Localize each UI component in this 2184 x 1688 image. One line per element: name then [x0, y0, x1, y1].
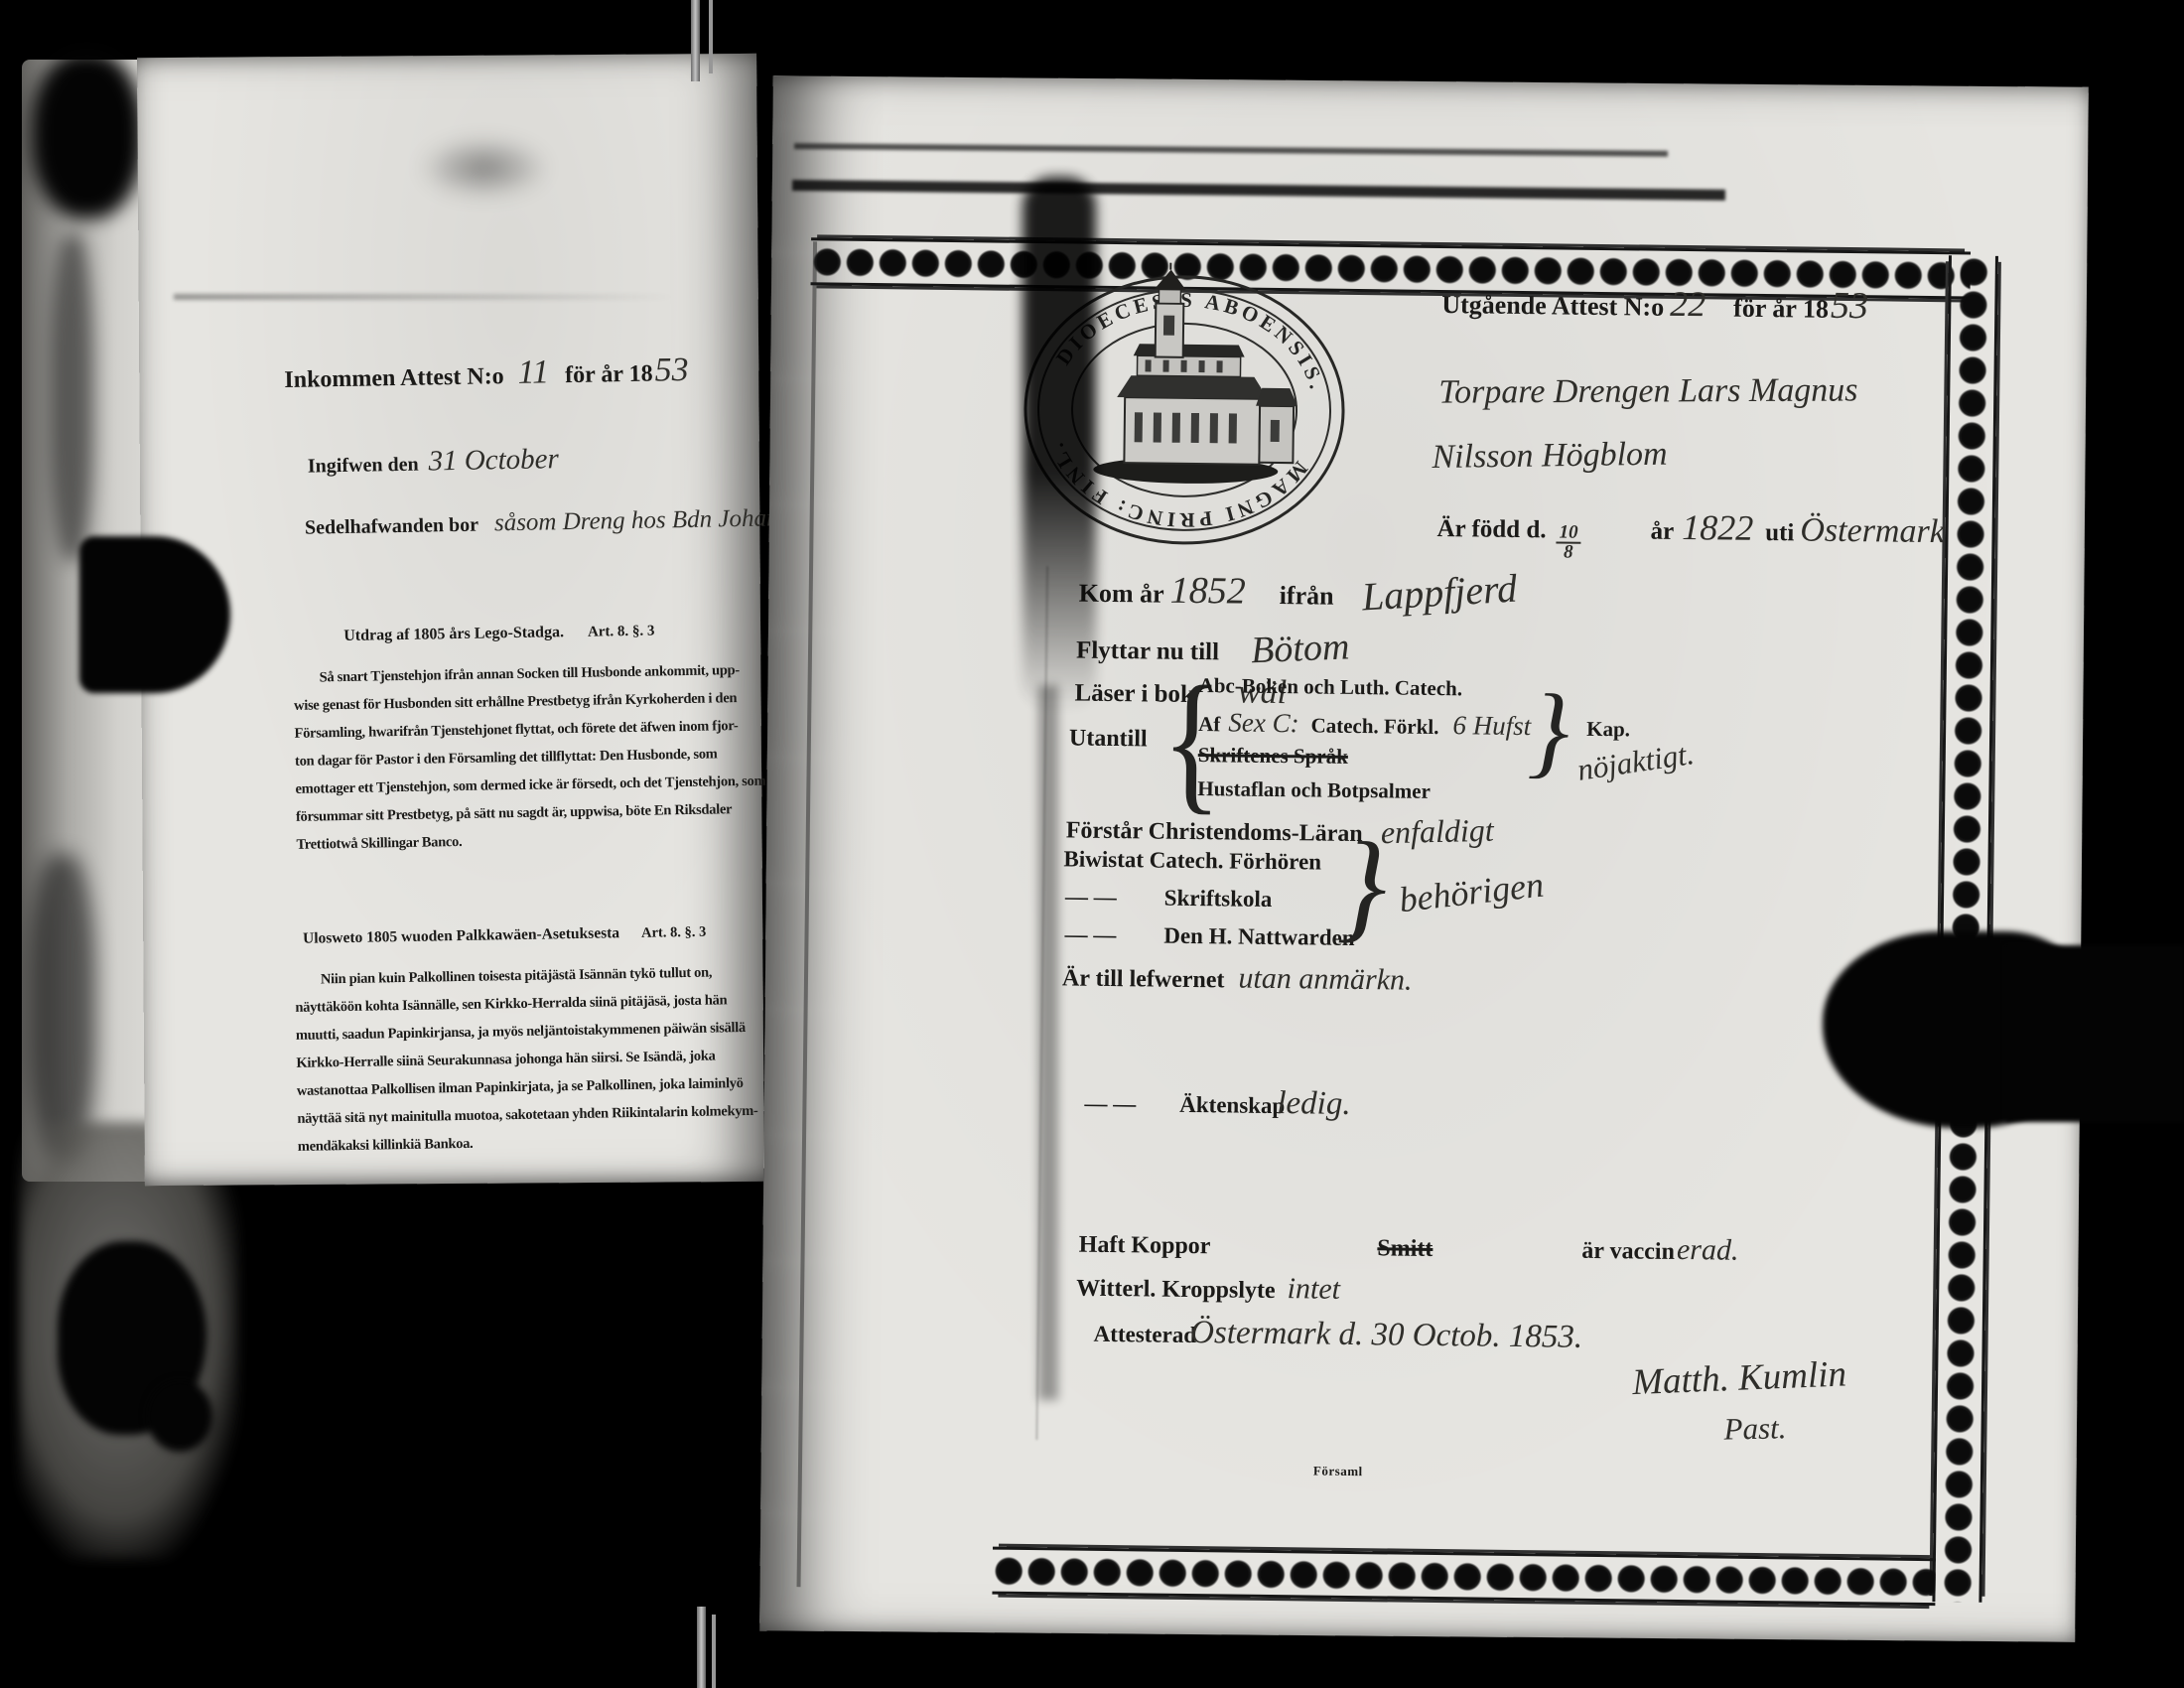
utantill-label: Utantill — [1069, 725, 1148, 753]
spine-rod-top-2 — [709, 0, 713, 73]
signature-name: Matth. Kumlin — [1631, 1352, 1846, 1404]
born-uti-label: uti — [1765, 519, 1795, 547]
finnish-heading-ref: Art. 8. §. 3 — [641, 924, 707, 942]
frame-border-bottom — [992, 1547, 1936, 1607]
born-label: Är född d. — [1436, 515, 1546, 544]
ditto-dashes: — — — [1065, 884, 1117, 911]
person-name-line1: Torpare Drengen Lars Magnus — [1438, 371, 1857, 411]
marriage-status: ledig. — [1277, 1085, 1351, 1123]
ditto-dashes: — — — [1084, 1091, 1136, 1118]
utantill-grade-brace: } — [1527, 679, 1570, 783]
incoming-attest-header: Inkommen Attest N:o 11 för år 18 53 — [284, 352, 689, 396]
born-parish: Östermark — [1800, 511, 1945, 551]
swedish-heading-ref: Art. 8. §. 3 — [588, 624, 655, 641]
outgoing-attest-number: 22 — [1670, 283, 1706, 325]
utantill-item-1: Abc-Boken och Luth. Catech. — [1198, 673, 1462, 701]
attended-nattwarden-label: Den H. Nattwarden — [1163, 923, 1355, 951]
arrived-from-label: ifrån — [1279, 581, 1333, 612]
person-name-line2: Nilsson Högblom — [1432, 436, 1668, 477]
left-page-text: Inkommen Attest N:o 11 för år 18 53 Ingi… — [146, 313, 771, 1197]
attended-skriftskola-line: — — Skriftskola — [1065, 884, 1273, 913]
born-date: 10 8 — [1556, 523, 1580, 561]
finnish-heading-text: Ulosweto 1805 wuoden Palkkawäen-Asetukse… — [303, 924, 619, 948]
gutter-ink-streak — [1023, 177, 1096, 713]
attended-catech-line: Biwistat Catech. Förhören — [1063, 846, 1321, 875]
finnish-statute-heading: Ulosweto 1805 wuoden Palkkawäen-Asetukse… — [266, 922, 743, 948]
utantill-item-3-struck: Skriftenes Språk — [1198, 743, 1348, 770]
understands-label: Förstår Christendoms-Läran — [1066, 817, 1363, 848]
utantill-item2-printed-kap: Kap. — [1586, 717, 1630, 743]
utantill-grade: nöjaktigt. — [1575, 736, 1697, 788]
ingifwen-value: 31 October — [428, 443, 559, 478]
sedelhafwanden-label: Sedelhafwanden bor — [305, 514, 478, 540]
attested-line: Attesterad Östermark d. 30 Octob. 1853. — [1093, 1314, 1582, 1356]
utantill-item2-printed-catech: Catech. Förkl. — [1310, 713, 1438, 740]
attended-grade: behörigen — [1397, 864, 1546, 921]
edge-streak-left — [52, 233, 93, 561]
born-date-month: 8 — [1556, 543, 1580, 561]
conduct-line: Är till lefwernet utan anmärkn. — [1062, 959, 1413, 997]
smudge-mark — [417, 135, 551, 201]
left-page-clamp — [79, 536, 230, 693]
attested-label: Attesterad — [1093, 1322, 1196, 1348]
frame-border-left-rule — [797, 241, 818, 1587]
arrived-line: Kom år 1852 ifrån Lappfjerd — [1079, 565, 1518, 617]
attested-value: Östermark d. 30 Octob. 1853. — [1190, 1315, 1582, 1356]
infirmity-value: intet — [1287, 1272, 1340, 1307]
utantill-item2-hand-class: Sex C: — [1228, 707, 1299, 739]
ingifwen-line: Ingifwen den 31 October — [308, 443, 560, 480]
smallpox-struck-smitt: Smitt — [1377, 1235, 1433, 1263]
spine-rod-bottom-2 — [712, 1615, 716, 1688]
arrived-year: 1852 — [1169, 569, 1246, 614]
smallpox-label: Haft Koppor — [1079, 1232, 1211, 1261]
born-year-label: år — [1650, 518, 1674, 546]
outgoing-attest-label: Utgående Attest N:o — [1441, 290, 1664, 323]
outgoing-attest-year: 53 — [1831, 284, 1869, 328]
gutter-ink-streak-lower — [1038, 685, 1058, 1400]
right-page-form: DIOECESIS ABOENSIS. MAGNI PRINC: FINL. — [780, 146, 2094, 1656]
right-edge-clamp-stem — [2005, 945, 2184, 1122]
marriage-label: Äktenskap — [1179, 1092, 1285, 1119]
utantill-item2-hand-chapters: 6 Hufst — [1452, 710, 1531, 742]
utantill-item-4: Hustaflan och Botpsalmer — [1197, 776, 1431, 804]
incoming-attest-year: 53 — [654, 352, 689, 390]
vaccinated-label: är vaccin — [1581, 1238, 1675, 1266]
incoming-attest-label: Inkommen Attest N:o — [284, 363, 504, 394]
conduct-label: Är till lefwernet — [1062, 965, 1225, 994]
smallpox-line: Haft Koppor Smitt är vaccin erad. — [1079, 1226, 1739, 1268]
incoming-attest-number: 11 — [517, 353, 549, 392]
born-year: 1822 — [1682, 506, 1754, 549]
form-footer-word: Församl — [1313, 1464, 1363, 1480]
attended-grade-brace: } — [1336, 824, 1387, 948]
ink-blot-top-left — [32, 52, 143, 218]
book-scan-spread: Inkommen Attest N:o 11 för år 18 53 Ingi… — [0, 0, 2184, 1688]
marriage-line: — — Äktenskap ledig. — [1084, 1083, 1351, 1123]
conduct-value: utan anmärkn. — [1238, 962, 1412, 998]
incoming-attest-year-label: för år 18 — [565, 361, 653, 390]
attended-skriftskola-label: Skriftskola — [1164, 886, 1273, 913]
born-line: Är född d. 10 8 år 1822 uti Östermark — [1436, 503, 1945, 566]
understands-line: Förstår Christendoms-Läran enfaldigt — [1066, 808, 1494, 850]
spine-rod-top — [691, 0, 700, 81]
swedish-heading-text: Utdrag af 1805 års Lego-Stadga. — [343, 624, 564, 645]
utantill-item2-printed-af: Af — [1198, 712, 1220, 737]
ink-blot-bottom-left-small — [147, 1380, 212, 1452]
infirmity-label: Witterl. Kroppslyte — [1076, 1276, 1276, 1305]
scratch-mark — [174, 294, 675, 300]
frame-border-right — [1932, 255, 1998, 1603]
edge-streak-left-lower — [30, 854, 95, 1162]
signature-title: Past. — [1723, 1410, 1787, 1447]
swedish-statute-paragraph: Så snart Tjenstehjon ifrån annan Socken … — [293, 656, 766, 859]
understands-grade: enfaldigt — [1380, 812, 1494, 852]
ditto-dashes: — — — [1064, 921, 1116, 948]
attended-nattwarden-line: — — Den H. Nattwarden — [1064, 921, 1354, 951]
arrived-parish: Lappfjerd — [1360, 565, 1518, 621]
moving-parish: Bötom — [1250, 625, 1350, 672]
ingifwen-label: Ingifwen den — [308, 454, 419, 479]
outgoing-attest-header: Utgående Attest N:o 22 för år 18 53 — [1441, 279, 1868, 328]
infirmity-line: Witterl. Kroppslyte intet — [1076, 1270, 1340, 1307]
finnish-statute-paragraph: Niin pian kuin Palkollinen toisesta pitä… — [295, 958, 759, 1161]
outgoing-attest-year-label: för år 18 — [1733, 294, 1829, 325]
swedish-statute-heading: Utdrag af 1805 års Lego-Stadga. Art. 8. … — [261, 621, 738, 646]
spine-rod-bottom — [697, 1607, 706, 1688]
vaccinated-value: erad. — [1677, 1233, 1739, 1268]
